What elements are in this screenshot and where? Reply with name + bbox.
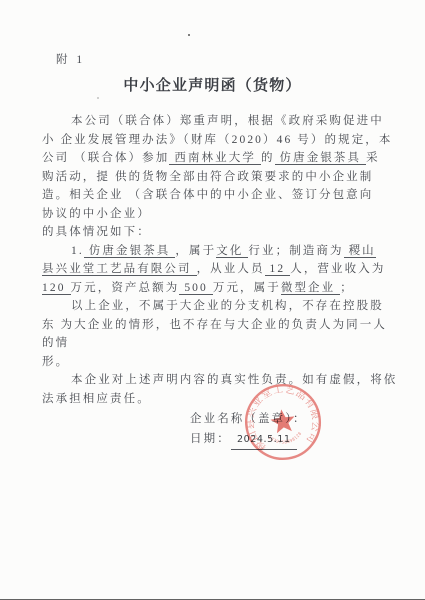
filled-blank-project: 仿唐金银茶具 xyxy=(275,152,367,165)
text-segment: 人，营业收入为 xyxy=(290,263,385,275)
text-segment: 1. xyxy=(71,245,84,257)
body-line: 1. 仿唐金银茶具 ，属于文化 行业；制造商为 稷山 xyxy=(42,242,398,261)
text-segment: 的情 xyxy=(42,337,69,349)
body-line: 形。 xyxy=(42,353,398,372)
filled-blank-employees: 12 xyxy=(265,263,291,276)
text-segment: 小 企业发展管理办法》（财库（2020）46 号）的规定，本 xyxy=(42,134,393,146)
text-segment: 本企业对上述声明内容的真实性负责。如有虚假，将依 xyxy=(71,374,397,386)
text-segment: 万元，属于 xyxy=(213,282,281,294)
body-line: 购活动，提 供的货物全部由符合政策要求的中小企业制 xyxy=(42,168,398,187)
text-segment: ，属于 xyxy=(175,245,216,257)
text-segment: 法承担相应责任。 xyxy=(42,393,151,405)
text-segment: 的具体情况如下： xyxy=(42,226,151,238)
body-line: 协议的中小企业） xyxy=(42,205,398,224)
text-segment: 造。相关企业 （含联合体中的中小企业、签订分包意向 xyxy=(42,189,373,201)
attachment-label: 附 1 xyxy=(56,51,85,67)
text-segment: 东 为大企业的情形，也不存在与大企业的负责人为同一人 xyxy=(42,319,387,331)
body-line: 以上企业，不属于大企业的分支机构，不存在控股股 xyxy=(42,297,398,316)
filled-blank-goods: 仿唐金银茶具 xyxy=(84,245,176,258)
body-line: 法承担相应责任。 xyxy=(42,390,398,409)
body-line: 的具体情况如下： xyxy=(42,223,398,242)
filled-blank-industry: 文化 xyxy=(216,245,248,258)
date-label: 日期： xyxy=(190,433,231,445)
text-segment: 本公司（联合体）郑重声明，根据《政府采购促进中 xyxy=(71,115,384,127)
body-line: 的情 xyxy=(42,334,398,353)
body-line: 公司 （联合体）参加 西南林业大学 的 仿唐金银茶具 采 xyxy=(42,149,398,168)
text-segment: 万元，资产总额为 xyxy=(71,282,180,294)
body-line: 本企业对上述声明内容的真实性负责。如有虚假，将依 xyxy=(42,371,398,390)
text-segment: 以上企业，不属于大企业的分支机构，不存在控股股 xyxy=(71,300,384,312)
filled-blank-revenue: 120 xyxy=(42,282,71,295)
text-segment: 的 xyxy=(261,152,275,164)
text-segment: 形。 xyxy=(42,356,69,368)
page-title: 中小企业声明函（货物） xyxy=(0,74,425,95)
body-line: 造。相关企业 （含联合体中的中小企业、签订分包意向 xyxy=(42,186,398,205)
text-segment: ； xyxy=(340,282,354,294)
company-name-row: 企业名称（盖章）： xyxy=(42,410,398,430)
date-row: 日期：2024.5.11 xyxy=(42,430,398,451)
document-page: 附 1 中小企业声明函（货物） 本公司（联合体）郑重声明，根据《政府采购促进中 … xyxy=(0,0,425,600)
filled-blank-manufacturer: 县兴业堂工艺品有限公司 xyxy=(42,263,197,276)
text-segment: 公司 （联合体）参加 xyxy=(42,152,169,164)
text-segment: 行业；制造商为 xyxy=(248,245,343,257)
document-body: 本公司（联合体）郑重声明，根据《政府采购促进中 小 企业发展管理办法》（财库（2… xyxy=(42,112,398,450)
date-value: 2024.5.11 xyxy=(231,430,297,451)
body-line: 东 为大企业的情形，也不存在与大企业的负责人为同一人 xyxy=(42,316,398,335)
text-segment: ，从业人员 xyxy=(197,263,265,275)
scan-speck xyxy=(188,34,190,36)
body-line: 120 万元，资产总额为 500 万元，属于微型企业 ； xyxy=(42,279,398,298)
text-segment: 购活动，提 供的货物全部由符合政策要求的中小企业制 xyxy=(42,171,373,183)
filled-blank-assets: 500 xyxy=(179,282,213,295)
body-line: 小 企业发展管理办法》（财库（2020）46 号）的规定，本 xyxy=(42,131,398,150)
text-segment: 采 xyxy=(366,152,380,164)
company-name-label: 企业名称（盖章）： xyxy=(190,413,307,425)
signature-block: 企业名称（盖章）： 日期：2024.5.11 xyxy=(42,410,398,450)
body-line: 本公司（联合体）郑重声明，根据《政府采购促进中 xyxy=(42,112,398,131)
scan-speck xyxy=(97,97,99,99)
filled-blank-manufacturer: 稷山 xyxy=(344,245,376,258)
filled-blank-enterprise-type: 微型企业 xyxy=(281,282,340,295)
filled-blank-purchaser: 西南林业大学 xyxy=(169,152,261,165)
text-segment: 协议的中小企业） xyxy=(42,208,151,220)
body-line: 县兴业堂工艺品有限公司 ，从业人员 12 人，营业收入为 xyxy=(42,260,398,279)
